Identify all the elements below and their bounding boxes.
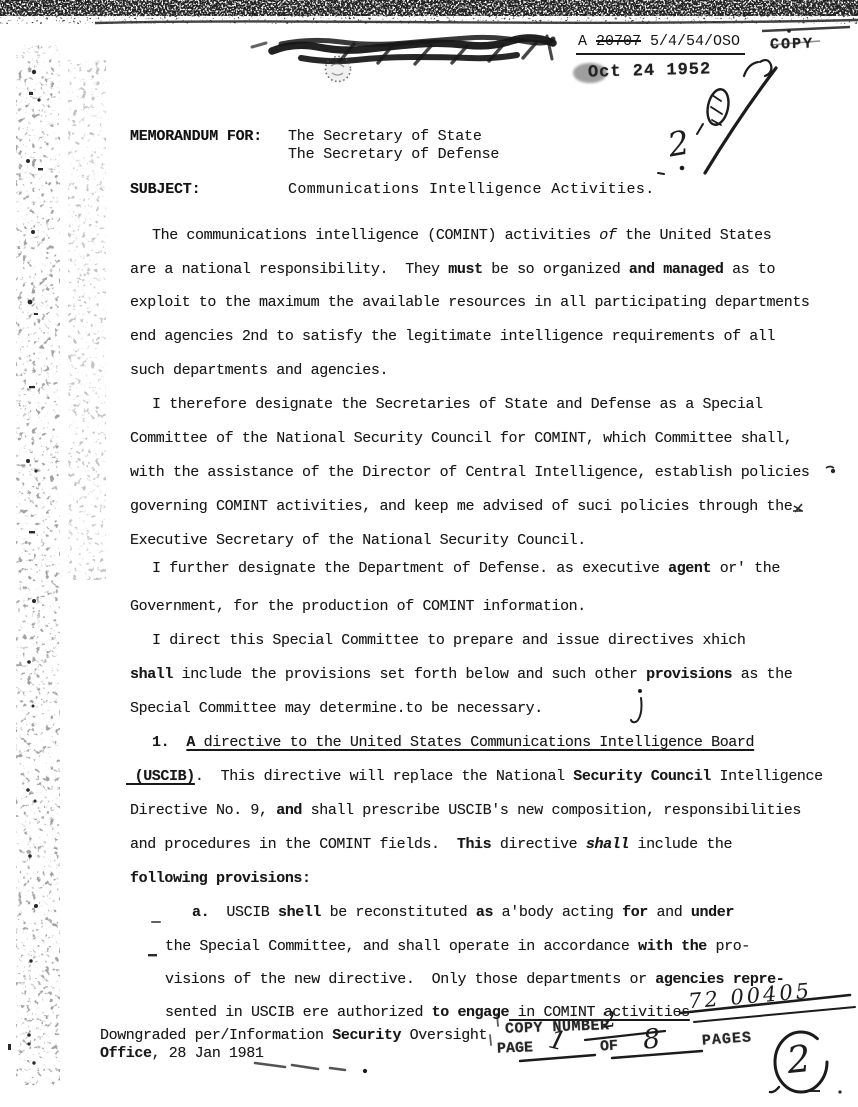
classification-strikeout bbox=[252, 36, 553, 64]
text-line: 1. A directive to the United States Comm… bbox=[152, 734, 754, 753]
top-edge-noise bbox=[0, 0, 858, 24]
text-segment: a'body acting bbox=[493, 904, 622, 921]
text-line: I therefore designate the Secretaries of… bbox=[152, 396, 763, 415]
ref-prefix: A bbox=[578, 33, 596, 50]
text-segment: as to bbox=[724, 261, 776, 278]
text-line: visions of the new directive. Only those… bbox=[165, 971, 784, 990]
text-segment: must bbox=[448, 261, 482, 278]
text-segment: directive bbox=[491, 836, 586, 853]
text-segment: Intelligence bbox=[711, 768, 823, 785]
text-line: Committee of the National Security Counc… bbox=[130, 430, 792, 449]
text-line: such departments and agencies. bbox=[130, 362, 388, 381]
text-segment: Government, for the production of COMINT… bbox=[130, 598, 586, 615]
text-segment: Executive Secretary of the National Secu… bbox=[130, 532, 586, 549]
text-segment: This bbox=[457, 836, 491, 853]
text-line: I direct this Special Committee to prepa… bbox=[152, 632, 746, 651]
text-line: Downgraded per/Information Security Over… bbox=[100, 1027, 487, 1046]
text-line: Office, 28 Jan 1981 bbox=[100, 1045, 263, 1064]
text-segment: following provisions: bbox=[130, 870, 311, 887]
text-segment: provisions bbox=[646, 666, 732, 683]
text-line: I further designate the Department of De… bbox=[152, 560, 780, 579]
text-segment: , 28 Jan 1981 bbox=[152, 1045, 264, 1062]
text-line: with the assistance of the Director of C… bbox=[130, 464, 810, 483]
text-line: exploit to the maximum the available res… bbox=[130, 294, 810, 313]
text-segment: a. bbox=[192, 904, 209, 921]
text-segment: exploit to the maximum the available res… bbox=[130, 294, 810, 311]
text-segment: directive to the United States Communica… bbox=[195, 734, 754, 751]
text-segment: such departments and agencies. bbox=[130, 362, 388, 379]
text-segment: with the bbox=[638, 938, 707, 955]
text-segment: Oversight bbox=[401, 1027, 487, 1044]
document-reference-number: A 20707 5/4/54/OSO bbox=[576, 33, 745, 55]
text-segment: I therefore designate the Secretaries of… bbox=[152, 396, 763, 413]
text-line: the Special Committee, and shall operate… bbox=[165, 938, 750, 957]
text-segment: shall bbox=[130, 666, 173, 683]
text-segment: to engage bbox=[432, 1004, 509, 1021]
text-segment: Special Committee may determine.to be ne… bbox=[130, 700, 543, 717]
text-segment: Office bbox=[100, 1045, 152, 1062]
text-segment: and procedures in the COMINT fields. bbox=[130, 836, 457, 853]
subject-value: Communications Intelligence Activities. bbox=[288, 181, 655, 198]
text-segment: shell bbox=[278, 904, 321, 921]
text-line: a. USCIB shell be reconstituted as a'bod… bbox=[192, 904, 734, 923]
of-stamp-label: OF bbox=[600, 1038, 619, 1056]
text-line: (USCIB). This directive will replace the… bbox=[126, 768, 823, 787]
handwritten-corner-mark: 2 bbox=[665, 122, 692, 164]
text-segment: or' the bbox=[711, 560, 780, 577]
text-segment: and bbox=[276, 802, 302, 819]
text-line: shall include the provisions set forth b… bbox=[130, 666, 792, 685]
date-stamp: Oct 24 1952 bbox=[588, 60, 712, 82]
text-segment: be reconstituted bbox=[321, 904, 476, 921]
text-segment: (USCIB) bbox=[126, 768, 195, 785]
text-segment: Downgraded per/Information bbox=[100, 1027, 332, 1044]
text-segment: Security Council bbox=[573, 768, 711, 785]
ref-struck-number: 20707 bbox=[596, 33, 641, 50]
text-segment: sented in USCIB ere authorized bbox=[165, 1004, 432, 1021]
copy-stamp: COPY bbox=[770, 36, 814, 54]
text-segment: shall bbox=[586, 836, 629, 853]
text-line: Government, for the production of COMINT… bbox=[130, 598, 586, 617]
text-segment: the Special Committee, and shall operate… bbox=[165, 938, 638, 955]
document-page: A 20707 5/4/54/OSO COPY Oct 24 1952 MEMO… bbox=[0, 0, 858, 1107]
text-segment: of bbox=[599, 227, 616, 244]
text-segment: A bbox=[186, 734, 195, 751]
text-line: The communications intelligence (COMINT)… bbox=[152, 227, 771, 246]
text-line: and procedures in the COMINT fields. Thi… bbox=[130, 836, 732, 855]
pages-stamp-label: PAGES bbox=[701, 1029, 752, 1049]
text-segment: USCIB bbox=[209, 904, 278, 921]
text-segment: and bbox=[648, 904, 691, 921]
text-segment: I direct this Special Committee to prepa… bbox=[152, 632, 746, 649]
text-segment: include the provisions set forth below a… bbox=[173, 666, 646, 683]
handwritten-page-total: 8 bbox=[642, 1023, 662, 1055]
handwritten-page-circle-number: 2 bbox=[785, 1037, 813, 1082]
text-segment: The communications intelligence (COMINT)… bbox=[152, 227, 599, 244]
ref-suffix: 5/4/54/OSO bbox=[641, 33, 740, 50]
text-segment: Committee of the National Security Counc… bbox=[130, 430, 792, 447]
text-line: following provisions: bbox=[130, 870, 311, 889]
text-segment: governing COMINT activities, and keep me… bbox=[130, 498, 792, 515]
text-line: are a national responsibility. They must… bbox=[130, 261, 775, 280]
text-line: governing COMINT activities, and keep me… bbox=[130, 498, 792, 517]
text-segment: visions of the new directive. Only those… bbox=[165, 971, 655, 988]
text-segment: end agencies 2nd to satisfy the legitima… bbox=[130, 328, 775, 345]
text-line: Special Committee may determine.to be ne… bbox=[130, 700, 543, 719]
memo-for-label: MEMORANDUM FOR: bbox=[130, 128, 262, 145]
text-segment: the United States bbox=[616, 227, 771, 244]
text-line: Executive Secretary of the National Secu… bbox=[130, 532, 586, 551]
text-segment: I further designate the Department of De… bbox=[152, 560, 668, 577]
text-segment: for bbox=[622, 904, 648, 921]
page-stamp-label: PAGE bbox=[497, 1039, 534, 1057]
text-line: end agencies 2nd to satisfy the legitima… bbox=[130, 328, 775, 347]
round-stamp bbox=[326, 57, 351, 82]
text-segment: are a national responsibility. They bbox=[130, 261, 448, 278]
text-segment: Directive No. 9, bbox=[130, 802, 276, 819]
text-segment: include the bbox=[629, 836, 732, 853]
text-segment: be so organized bbox=[483, 261, 629, 278]
text-segment: agent bbox=[668, 560, 711, 577]
memo-recipient-2: The Secretary of Defense bbox=[288, 146, 499, 163]
text-segment: Security bbox=[332, 1027, 401, 1044]
text-segment: and managed bbox=[629, 261, 724, 278]
text-segment: shall prescribe USCIB's new composition,… bbox=[302, 802, 801, 819]
text-line: Directive No. 9, and shall prescribe USC… bbox=[130, 802, 801, 821]
text-segment: with the assistance of the Director of C… bbox=[130, 464, 810, 481]
text-segment: pro- bbox=[707, 938, 750, 955]
memo-recipient-1: The Secretary of State bbox=[288, 128, 482, 145]
text-segment: as bbox=[476, 904, 493, 921]
text-segment: . This directive will replace the Nation… bbox=[195, 768, 573, 785]
text-segment: as the bbox=[732, 666, 792, 683]
text-segment: 1. bbox=[152, 734, 186, 751]
text-segment: under bbox=[691, 904, 734, 921]
subject-label: SUBJECT: bbox=[130, 181, 200, 198]
